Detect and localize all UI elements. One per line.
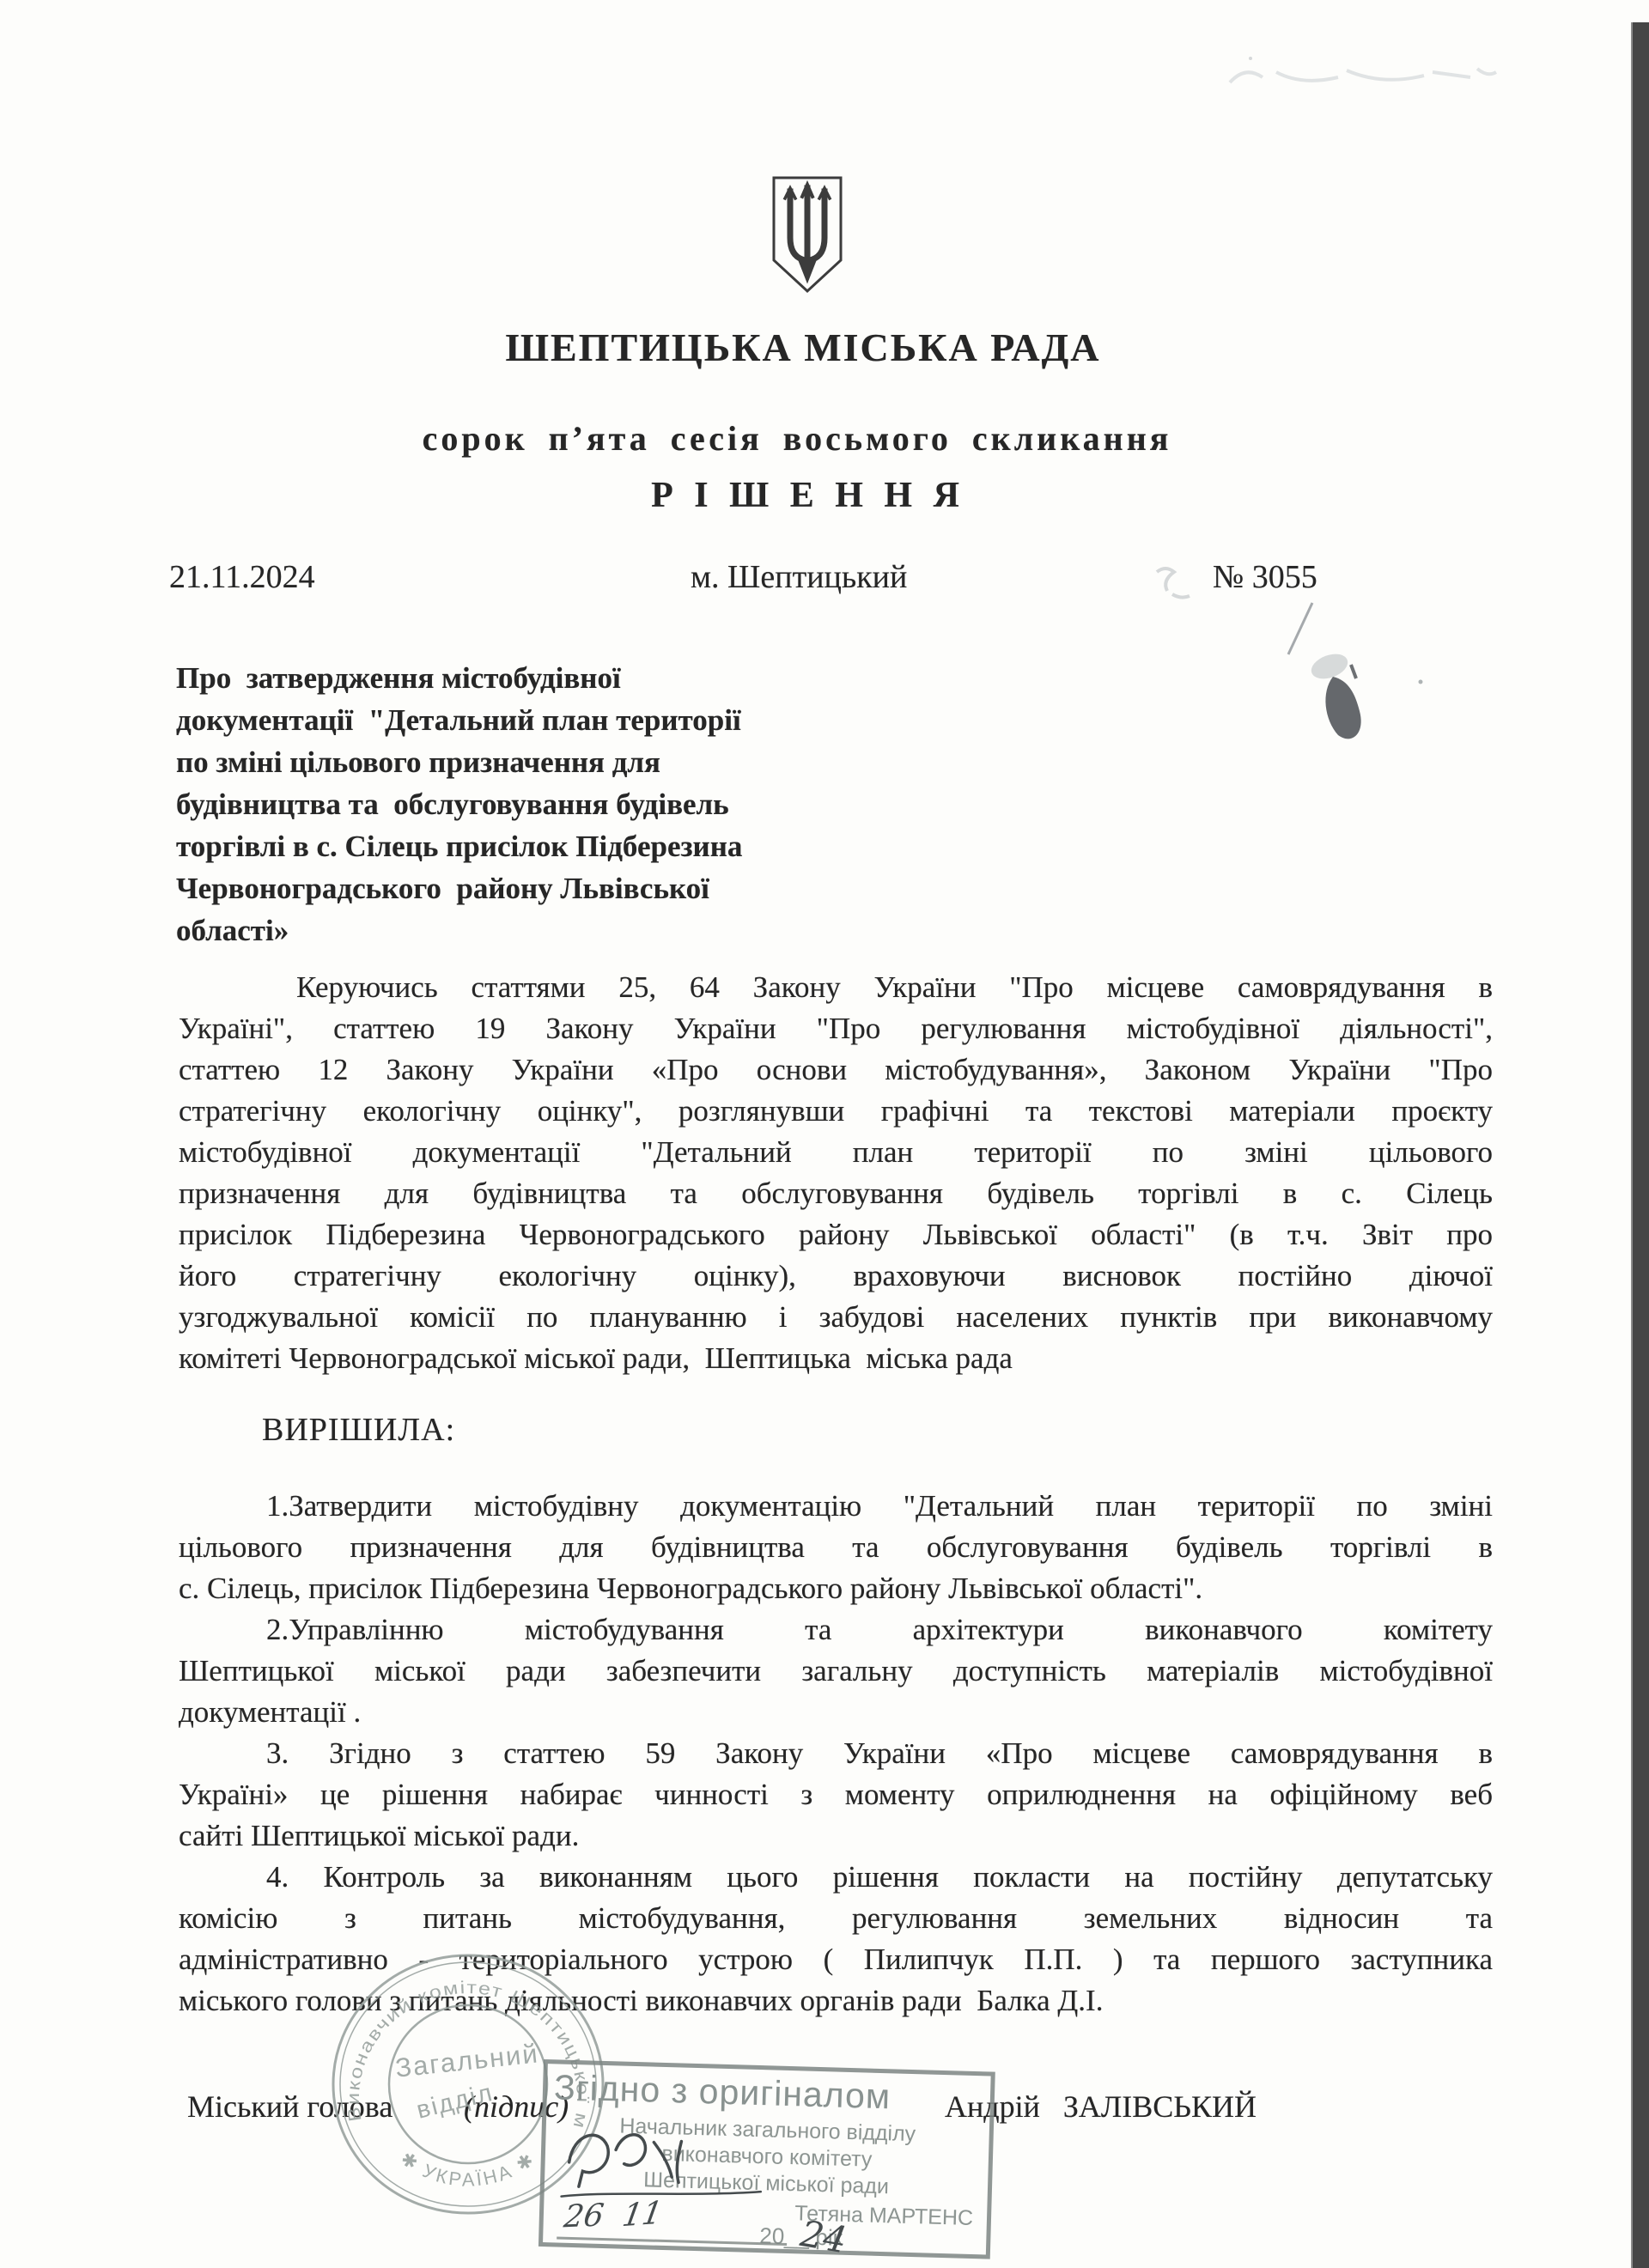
preamble-line: його стратегічну екологічну оцінку), вра… — [179, 1256, 1493, 1297]
item-line: 3. Згідно з статтею 59 Закону України «П… — [179, 1733, 1493, 1774]
preamble-line: призначення для будівництва та обслугову… — [179, 1173, 1493, 1214]
pencil-scribble-artifact — [1220, 43, 1503, 137]
preamble-line: узгоджувальної комісії по плануванню і з… — [179, 1297, 1493, 1338]
session-line: сорок п’ята сесія восьмого скликання — [0, 418, 1594, 459]
decision-item-2: 2.Управлінню містобудування та архітекту… — [179, 1609, 1493, 1733]
document-type-title: Р І Ш Е Н Н Я — [0, 475, 1616, 516]
item-line: 1.Затвердити містобудівну документацію "… — [179, 1486, 1493, 1527]
subject-line: будівництва та обслуговування будівель — [176, 783, 863, 825]
item-line: с. Сілець, присілок Підберезина Червоног… — [179, 1568, 1493, 1609]
preamble-paragraph: Керуючись статтями 25, 64 Закону України… — [179, 967, 1493, 1379]
preamble-line: Україні", статтею 19 Закону України "Про… — [179, 1008, 1493, 1049]
decision-place: м. Шептицький — [691, 558, 907, 596]
scan-edge-strip — [1631, 22, 1649, 2268]
decision-word: ВИРІШИЛА: — [262, 1411, 455, 1449]
item-line: 2.Управлінню містобудування та архітекту… — [179, 1609, 1493, 1651]
subject-line: Червоноградського району Львівської — [176, 867, 863, 909]
preamble-line: присілок Підберезина Червоноградського р… — [179, 1214, 1493, 1256]
item-line: Шептицької міської ради забезпечити зага… — [179, 1651, 1493, 1692]
item-line: цільового призначення для будівництва та… — [179, 1527, 1493, 1568]
faint-smudge-artifact — [1147, 560, 1198, 608]
preamble-line: статтею 12 Закону України «Про основи мі… — [179, 1049, 1493, 1091]
item-line: комісію з питань містобудування, регулюв… — [179, 1898, 1493, 1939]
preamble-line: містобудівної документації "Детальний пл… — [179, 1132, 1493, 1173]
subject-block: Про затвердження містобудівної документа… — [176, 657, 863, 952]
preamble-line: стратегічну екологічну оцінку", розгляну… — [179, 1091, 1493, 1132]
subject-line: по зміні цільового призначення для — [176, 741, 863, 783]
seal-center-line1: Загальний — [394, 2038, 541, 2083]
item-line: 4. Контроль за виконанням цього рішення … — [179, 1857, 1493, 1898]
handwritten-signature-icon — [546, 2107, 782, 2241]
certification-stamp: Згідно з оригіналом Начальник загального… — [539, 2059, 995, 2259]
item-line: сайті Шептицької міської ради. — [179, 1815, 1493, 1857]
decision-item-1: 1.Затвердити містобудівну документацію "… — [179, 1486, 1493, 1609]
subject-line: документації "Детальний план території — [176, 699, 863, 741]
ukraine-tryzub-shield-icon — [767, 174, 848, 295]
scanned-decree-page: ШЕПТИЦЬКА МІСЬКА РАДА сорок п’ята сесія … — [0, 0, 1649, 2268]
item-line: документації . — [179, 1692, 1493, 1733]
seal-country-text: ✱ УКРАЇНА ✱ — [397, 2148, 539, 2191]
preamble-line: Керуючись статтями 25, 64 Закону України… — [179, 967, 1493, 1008]
subject-line: Про затвердження містобудівної — [176, 657, 863, 699]
ink-blot-artifact — [1269, 591, 1450, 763]
preamble-line: комітеті Червоноградської міської ради, … — [179, 1338, 1493, 1379]
org-name: ШЕПТИЦЬКА МІСЬКА РАДА — [0, 325, 1606, 370]
item-line: Україні» це рішення набирає чинності з м… — [179, 1774, 1493, 1815]
svg-text:✱ УКРАЇНА ✱: ✱ УКРАЇНА ✱ — [397, 2148, 539, 2191]
handwritten-year: 24 — [798, 2212, 850, 2261]
decision-date: 21.11.2024 — [169, 558, 315, 596]
decision-item-3: 3. Згідно з статтею 59 Закону України «П… — [179, 1733, 1493, 1857]
subject-line: області» — [176, 909, 863, 952]
seal-center-line2: відділ — [414, 2079, 496, 2125]
subject-line: торгівлі в с. Сілець присілок Підберезин… — [176, 825, 863, 867]
